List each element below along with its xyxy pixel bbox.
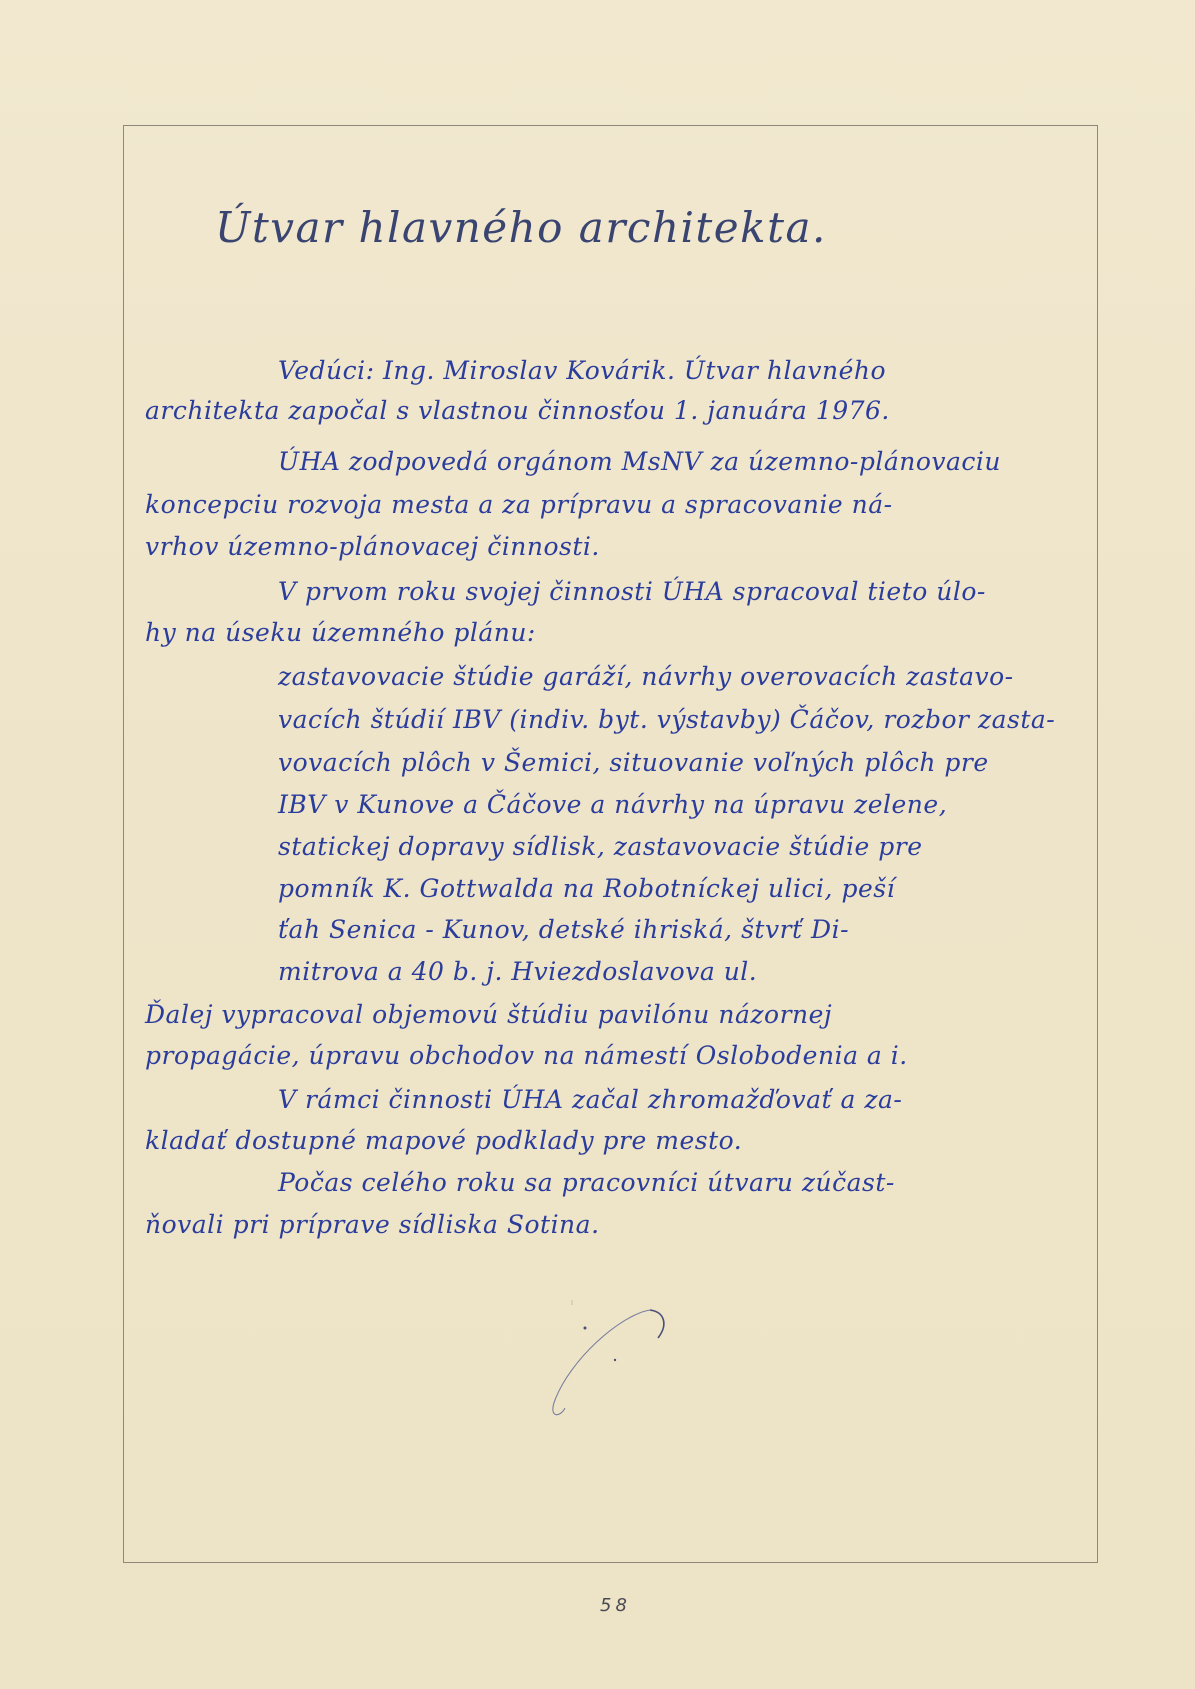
text-line-11: IBV v Kunove a Čáčove a návrhy na úpravu…: [278, 790, 947, 819]
document-page: Útvar hlavného architekta. Vedúci: Ing. …: [0, 0, 1195, 1689]
text-line-2: architekta započal s vlastnou činnosťou …: [145, 396, 890, 425]
text-line-21: ňovali pri príprave sídliska Sotina.: [145, 1210, 600, 1239]
signature-icon: [540, 1300, 690, 1440]
text-line-16: Ďalej vypracoval objemovú štúdiu pavilón…: [145, 1000, 832, 1029]
text-line-6: V prvom roku svojej činnosti ÚHA spracov…: [278, 577, 986, 606]
text-line-5: vrhov územno-plánovacej činnosti.: [145, 532, 600, 561]
text-line-15: mitrova a 40 b. j. Hviezdoslavova ul.: [278, 957, 757, 986]
text-line-13: pomník K. Gottwalda na Robotníckej ulici…: [278, 874, 895, 903]
text-line-14: ťah Senica - Kunov, detské ihriská, štvr…: [278, 915, 849, 944]
document-title: Útvar hlavného architekta.: [215, 203, 827, 252]
text-line-19: kladať dostupné mapové podklady pre mest…: [145, 1126, 742, 1155]
text-line-4: koncepciu rozvoja mesta a za prípravu a …: [145, 490, 893, 519]
text-line-18: V rámci činnosti ÚHA začal zhromažďovať …: [278, 1085, 902, 1114]
text-line-7: hy na úseku územného plánu:: [145, 618, 536, 647]
text-line-20: Počas celého roku sa pracovníci útvaru z…: [278, 1168, 895, 1197]
text-line-9: vacích štúdií IBV (indiv. byt. výstavby)…: [278, 705, 1055, 734]
text-line-1: Vedúci: Ing. Miroslav Kovárik. Útvar hla…: [278, 356, 886, 385]
text-line-12: statickej dopravy sídlisk, zastavovacie …: [278, 832, 923, 861]
text-line-8: zastavovacie štúdie garáží, návrhy overo…: [278, 662, 1014, 691]
text-line-10: vovacích plôch v Šemici, situovanie voľn…: [278, 748, 989, 777]
text-line-17: propagácie, úpravu obchodov na námestí O…: [145, 1041, 908, 1070]
page-number: 58: [600, 1595, 631, 1616]
text-line-3: ÚHA zodpovedá orgánom MsNV za územno-plá…: [278, 447, 1001, 476]
